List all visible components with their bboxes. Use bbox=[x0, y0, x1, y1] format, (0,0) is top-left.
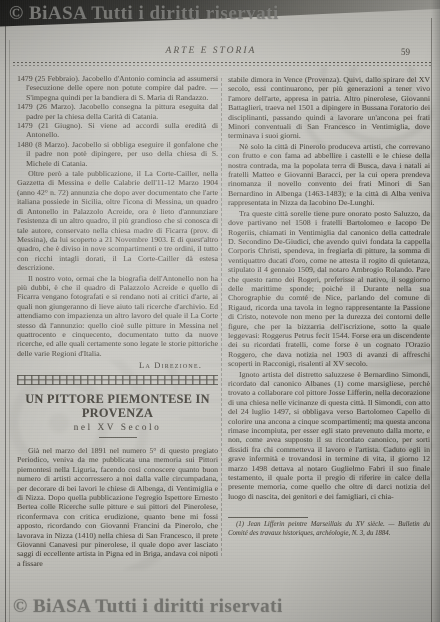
header-dotted-rule bbox=[13, 62, 431, 68]
title-divider bbox=[99, 437, 137, 438]
body-paragraph: stabile dimora in Vence (Provenza). Quiv… bbox=[228, 75, 430, 141]
body-paragraph: Ignoto artista del distretto saluzzese è… bbox=[228, 370, 430, 502]
left-column: 1479 (25 Febbraio). Jacobello d'Antonio … bbox=[17, 74, 218, 570]
article-title: UN PITTORE PIEMONTESE IN PROVENZA bbox=[21, 392, 214, 420]
page-left-frame-line bbox=[5, 26, 6, 622]
page-number: 59 bbox=[401, 47, 410, 57]
footnote-text: (1) Jean Lifferin peintre Marseillais du… bbox=[228, 521, 430, 538]
body-paragraph: Tra queste città sorelle tiene pure onor… bbox=[228, 209, 430, 369]
column-divider bbox=[221, 78, 222, 556]
footnote-block: (1) Jean Lifferin peintre Marseillais du… bbox=[228, 517, 430, 538]
page-left-frame-line-2 bbox=[9, 40, 10, 622]
right-column: stabile dimora in Vence (Provenza). Quiv… bbox=[228, 74, 430, 574]
footnote-separator bbox=[228, 517, 308, 518]
editorial-signature: La Direzione. bbox=[17, 361, 218, 370]
body-paragraph: Nè solo la città di Pinerolo produceva a… bbox=[228, 142, 430, 208]
body-paragraph: Oltre però a tale pubblicazione, il La C… bbox=[17, 169, 218, 272]
body-paragraph: Già nel marzo del 1891 nel numero 5° di … bbox=[17, 446, 218, 568]
scan-right-shadow bbox=[431, 0, 440, 622]
chronology-entry: 1479 (25 Febbraio). Jacobello d'Antonio … bbox=[17, 74, 218, 102]
journal-title: ARTE E STORIA bbox=[166, 46, 257, 56]
dotted-rule-line bbox=[13, 62, 431, 63]
chronology-entry: 1479 (26 Marzo). Jacobello consegna la p… bbox=[17, 102, 218, 121]
article-subtitle: nel XV Secolo bbox=[17, 423, 218, 432]
copyright-watermark-top: © BiASA Tutti i diritti riservati bbox=[9, 3, 279, 25]
dotted-rule-line bbox=[13, 65, 431, 66]
body-paragraph: Il nostro voto, ormai che la biografia d… bbox=[17, 274, 218, 359]
scanned-journal-page: © BiASA Tutti i diritti riservati ARTE E… bbox=[0, 0, 440, 622]
meander-ornament-band bbox=[17, 375, 218, 385]
chronology-entry: 1479 (21 Giugno). Si viene ad accordi su… bbox=[17, 121, 218, 140]
copyright-watermark-bottom: © BiASA Tutti i diritti riservati bbox=[13, 596, 283, 618]
page-header: ARTE E STORIA 59 bbox=[0, 46, 440, 60]
chronology-entry: 1480 (8 Marzo). Jacobello si obbliga ese… bbox=[17, 140, 218, 168]
